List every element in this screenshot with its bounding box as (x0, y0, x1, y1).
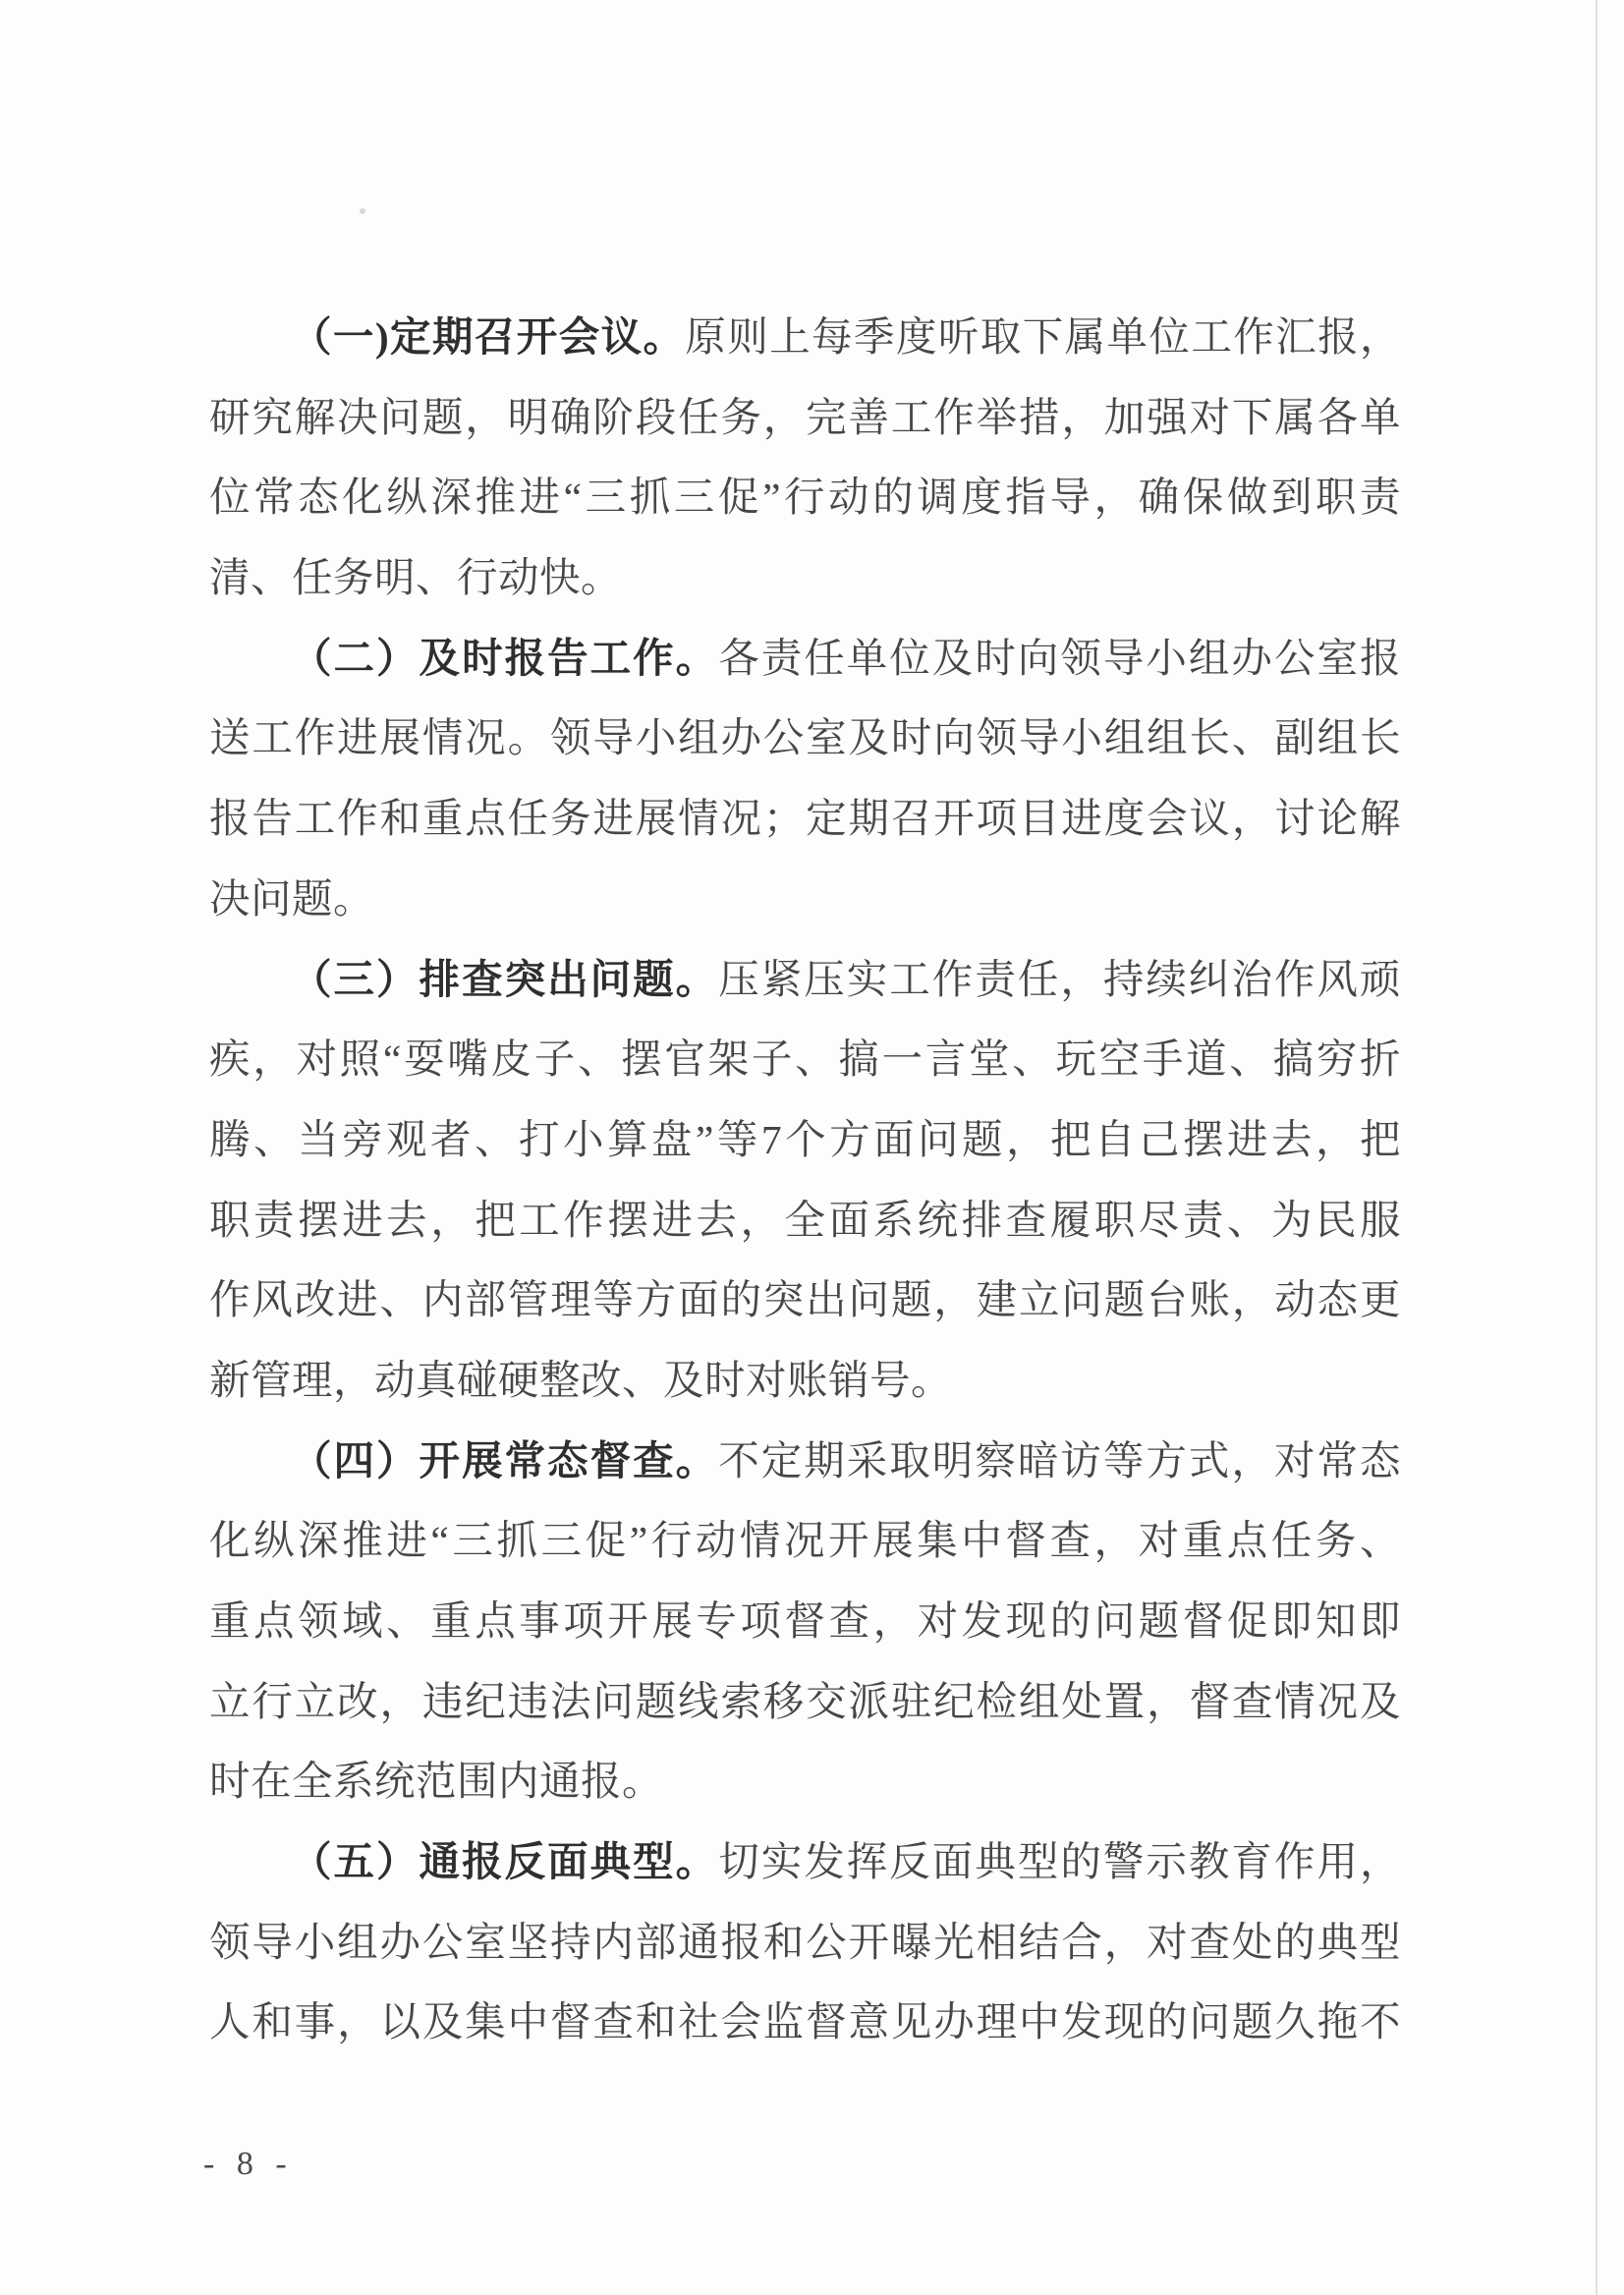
body-text: 疾，对照“耍嘴皮子、摆官架子、搞一言堂、玩空手道、搞穷折 (209, 1036, 1401, 1082)
section-heading: （二）及时报告工作。 (291, 636, 718, 681)
text-line: 新管理，动真碰硬整改、及时对账销号。 (209, 1341, 1401, 1422)
body-text: 人和事，以及集中督查和社会监督意见办理中发现的问题久拖不 (209, 1999, 1401, 2044)
section-heading: （一)定期召开会议。 (291, 314, 685, 360)
text-line: 人和事，以及集中督查和社会监督意见办理中发现的问题久拖不 (209, 1983, 1401, 2063)
body-text: 送工作进展情况。领导小组办公室及时向领导小组组长、副组长 (209, 715, 1401, 760)
text-line: 送工作进展情况。领导小组办公室及时向领导小组组长、副组长 (209, 699, 1401, 779)
scan-artifact-speck (360, 208, 365, 214)
text-line: 领导小组办公室坚持内部通报和公开曝光相结合，对查处的典型 (209, 1903, 1401, 1984)
body-text: 原则上每季度听取下属单位工作汇报， (685, 314, 1401, 360)
text-line: 决问题。 (209, 860, 1401, 940)
body-text: 时在全系统范围内通报。 (209, 1759, 663, 1804)
body-text: 研究解决问题，明确阶段任务，完善工作举措，加强对下属各单 (209, 395, 1401, 440)
text-line: 清、任务明、行动快。 (209, 538, 1401, 619)
section-heading: （五）通报反面典型。 (291, 1839, 718, 1884)
body-text: 报告工作和重点任务进展情况；定期召开项目进度会议，讨论解 (209, 796, 1401, 841)
body-text: 腾、当旁观者、打小算盘”等7个方面问题，把自己摆进去，把 (209, 1117, 1401, 1162)
body-text: 各责任单位及时向领导小组办公室报 (718, 636, 1401, 681)
text-line: 腾、当旁观者、打小算盘”等7个方面问题，把自己摆进去，把 (209, 1100, 1401, 1181)
text-line: 化纵深推进“三抓三促”行动情况开展集中督查，对重点任务、 (209, 1501, 1401, 1582)
body-text: 位常态化纵深推进“三抓三促”行动的调度指导，确保做到职责 (209, 475, 1401, 520)
body-text: 领导小组办公室坚持内部通报和公开曝光相结合，对查处的典型 (209, 1920, 1401, 1965)
text-line: 立行立改，违纪违法问题线索移交派驻纪检组处置，督查情况及 (209, 1662, 1401, 1743)
text-line: 位常态化纵深推进“三抓三促”行动的调度指导，确保做到职责 (209, 458, 1401, 538)
text-line: 作风改进、内部管理等方面的突出问题，建立问题台账，动态更 (209, 1260, 1401, 1341)
body-text: 不定期采取明察暗访等方式，对常态 (718, 1438, 1401, 1483)
text-line: （三）排查突出问题。压紧压实工作责任，持续纠治作风顽 (209, 940, 1401, 1021)
page-number: - 8 - (203, 2144, 294, 2185)
text-line: 报告工作和重点任务进展情况；定期召开项目进度会议，讨论解 (209, 779, 1401, 860)
body-text: 压紧压实工作责任，持续纠治作风顽 (718, 957, 1401, 1002)
body-text: 新管理，动真碰硬整改、及时对账销号。 (209, 1358, 952, 1403)
text-line: （四）开展常态督查。不定期采取明察暗访等方式，对常态 (209, 1422, 1401, 1502)
body-text: 切实发挥反面典型的警示教育作用， (718, 1839, 1401, 1884)
text-line: （一)定期召开会议。原则上每季度听取下属单位工作汇报， (209, 298, 1401, 378)
document-body: （一)定期召开会议。原则上每季度听取下属单位工作汇报，研究解决问题，明确阶段任务… (209, 298, 1401, 2063)
section-heading: （三）排查突出问题。 (291, 957, 718, 1002)
text-line: （五）通报反面典型。切实发挥反面典型的警示教育作用， (209, 1822, 1401, 1903)
section-heading: （四）开展常态督查。 (291, 1438, 718, 1483)
document-page: （一)定期召开会议。原则上每季度听取下属单位工作汇报，研究解决问题，明确阶段任务… (0, 0, 1624, 2295)
body-text: 清、任务明、行动快。 (209, 555, 622, 600)
text-line: 时在全系统范围内通报。 (209, 1742, 1401, 1822)
text-line: 疾，对照“耍嘴皮子、摆官架子、搞一言堂、玩空手道、搞穷折 (209, 1020, 1401, 1100)
scan-artifact-line (1596, 0, 1597, 2295)
body-text: 决问题。 (209, 876, 374, 922)
body-text: 立行立改，违纪违法问题线索移交派驻纪检组处置，督查情况及 (209, 1679, 1401, 1724)
body-text: 作风改进、内部管理等方面的突出问题，建立问题台账，动态更 (209, 1277, 1401, 1322)
body-text: 重点领域、重点事项开展专项督查，对发现的问题督促即知即改、 (209, 1598, 1401, 1662)
text-line: 重点领域、重点事项开展专项督查，对发现的问题督促即知即改、 (209, 1582, 1401, 1662)
text-line: 研究解决问题，明确阶段任务，完善工作举措，加强对下属各单 (209, 378, 1401, 459)
text-line: （二）及时报告工作。各责任单位及时向领导小组办公室报 (209, 619, 1401, 700)
text-line: 职责摆进去，把工作摆进去，全面系统排查履职尽责、为民服务、 (209, 1181, 1401, 1261)
body-text: 职责摆进去，把工作摆进去，全面系统排查履职尽责、为民服务、 (209, 1198, 1401, 1261)
body-text: 化纵深推进“三抓三促”行动情况开展集中督查，对重点任务、 (209, 1518, 1401, 1563)
